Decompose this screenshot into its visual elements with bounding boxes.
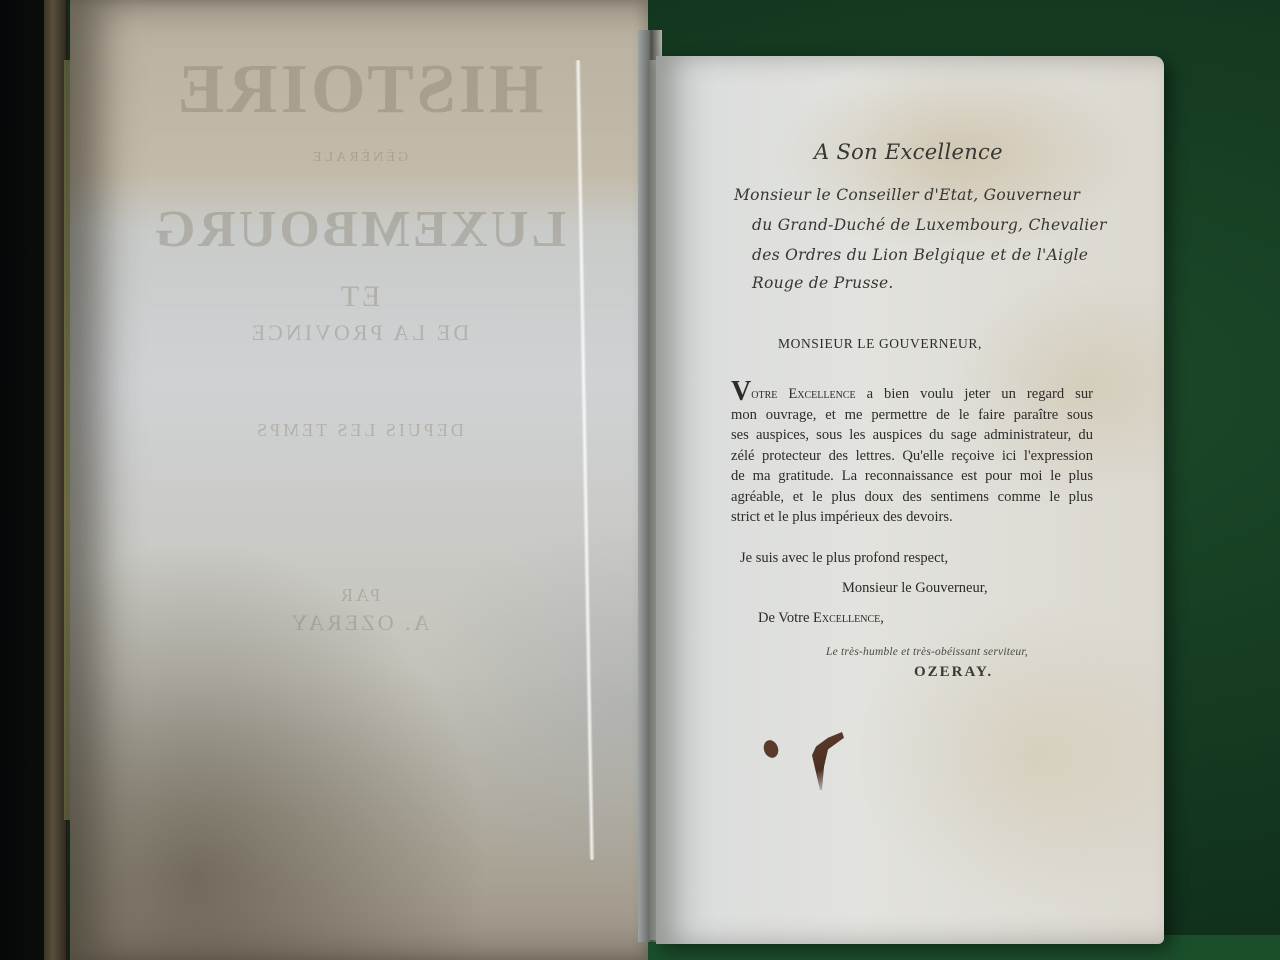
closing-small-caps: Excellence xyxy=(813,610,880,626)
address-line: du Grand-Duché de Luxembourg, Chevalier xyxy=(752,216,1107,234)
left-page: HISTOIRE GÉNÉRALE LUXEMBOURG ET DE LA PR… xyxy=(70,0,648,960)
closing-comma: , xyxy=(880,610,884,626)
address-line: des Ordres du Lion Belgique et de l'Aigl… xyxy=(752,246,1088,264)
body-line: strict et le plus impérieux des devoirs. xyxy=(731,507,1093,528)
drop-cap: V xyxy=(731,376,751,407)
show-through-line: HISTOIRE xyxy=(130,50,588,130)
small-caps-lead: otre Excellence xyxy=(751,386,855,402)
address-line: Rouge de Prusse. xyxy=(752,274,894,292)
closing-respect: Je suis avec le plus profond respect, xyxy=(740,550,948,567)
body-line: zélé protecteur des lettres. Qu'elle reç… xyxy=(731,446,1093,467)
body-line: Votre Excellence a bien voulu jeter un r… xyxy=(731,382,1093,405)
body-line: agréable, et le plus doux des sentimens … xyxy=(731,487,1093,508)
signature: OZERAY. xyxy=(914,664,993,681)
book-photo: HISTOIRE GÉNÉRALE LUXEMBOURG ET DE LA PR… xyxy=(0,0,1280,960)
show-through-text: HISTOIRE GÉNÉRALE LUXEMBOURG ET DE LA PR… xyxy=(70,0,648,960)
closing-de-votre-excellence: De Votre Excellence, xyxy=(758,610,884,627)
show-through-line: DEPUIS LES TEMPS xyxy=(130,420,588,441)
body-line: de ma gratitude. La reconnaissance est p… xyxy=(731,466,1093,487)
body-line: ses auspices, sous les auspices du sage … xyxy=(731,425,1093,446)
salutation: MONSIEUR LE GOUVERNEUR, xyxy=(778,336,982,352)
show-through-line: A. OZERAY xyxy=(130,610,588,636)
show-through-line: GÉNÉRALE xyxy=(130,150,588,166)
closing-address: Monsieur le Gouverneur, xyxy=(842,580,988,597)
show-through-line: DE LA PROVINCE xyxy=(130,320,588,346)
closing-servant: Le très-humble et très-obéissant servite… xyxy=(826,646,1028,658)
show-through-line: PAR xyxy=(130,585,588,606)
right-page: A Son Excellence Monsieur le Conseiller … xyxy=(656,56,1164,944)
dedication-body: Votre Excellence a bien voulu jeter un r… xyxy=(731,382,1093,528)
address-line: Monsieur le Conseiller d'Etat, Gouverneu… xyxy=(734,186,1080,204)
show-through-line: ET xyxy=(130,280,588,314)
closing-text: De Votre xyxy=(758,610,813,626)
body-line: mon ouvrage, et me permettre de le faire… xyxy=(731,405,1093,426)
body-text: a bien voulu jeter un regard sur xyxy=(856,386,1093,402)
show-through-line: LUXEMBOURG xyxy=(130,200,588,259)
